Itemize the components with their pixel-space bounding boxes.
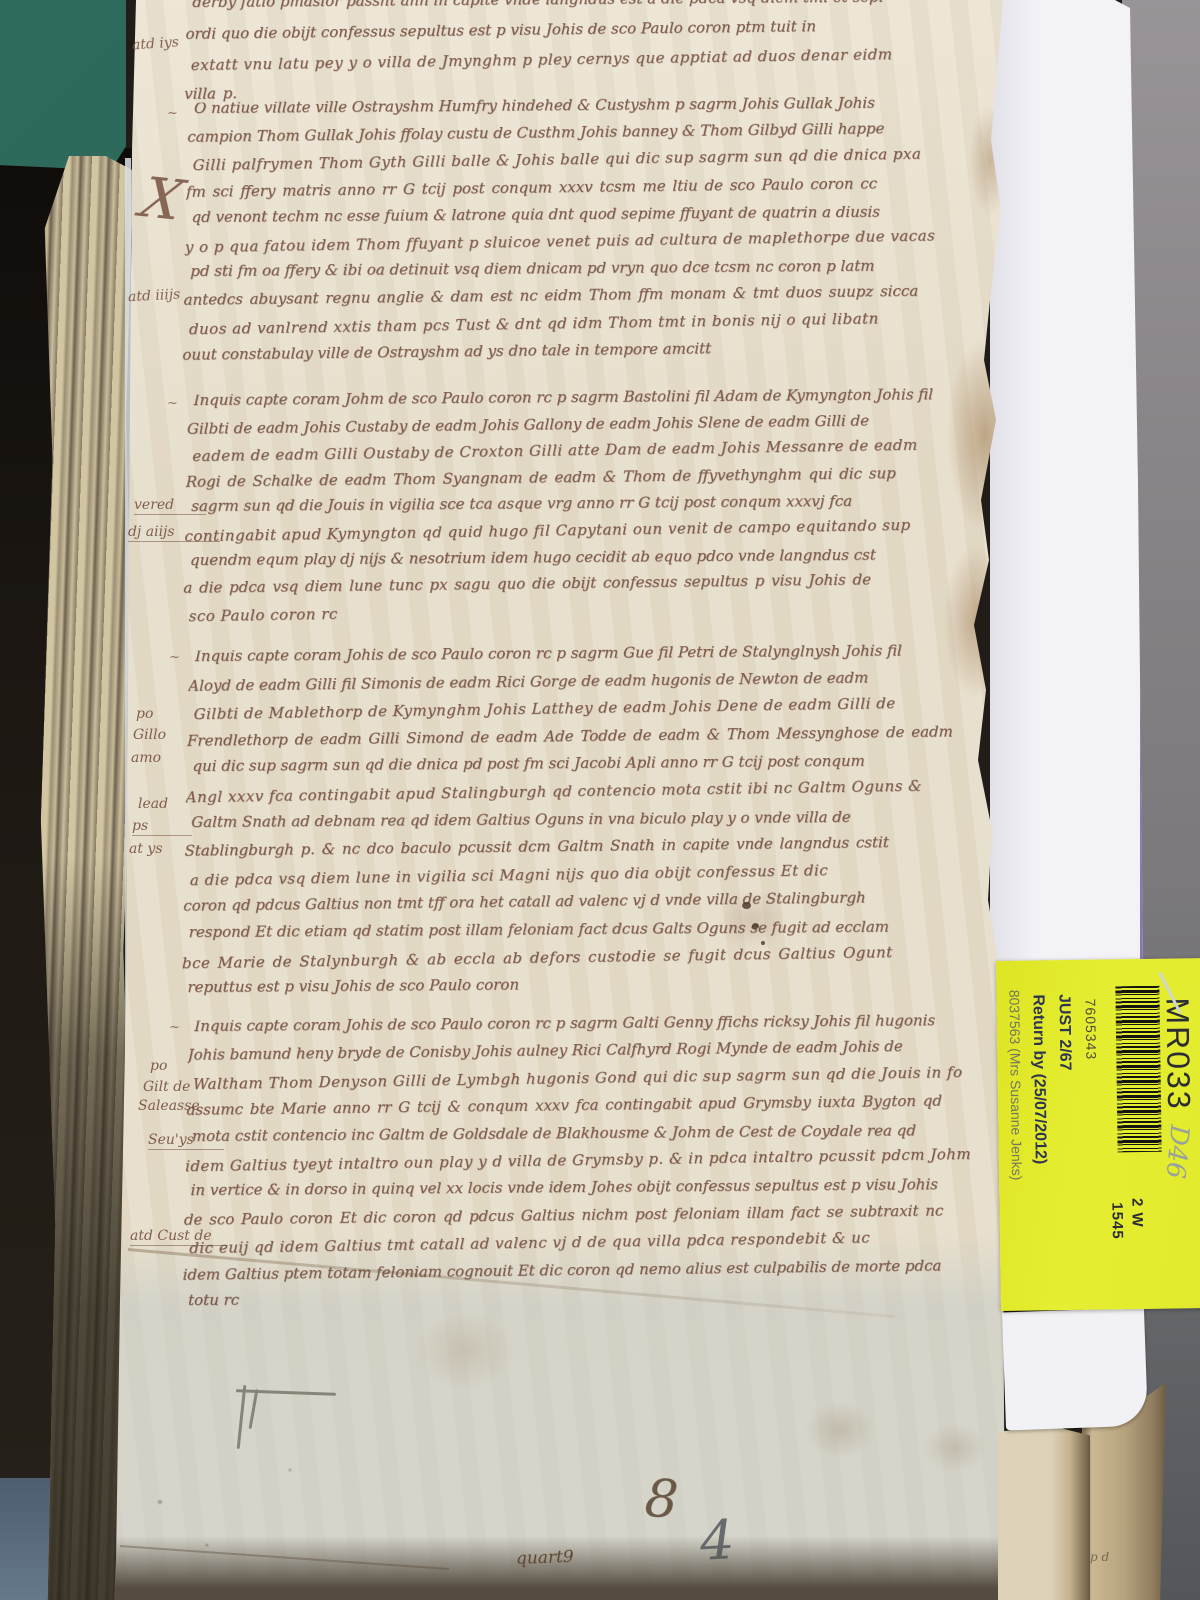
archive-photo: derby fatio pmasior passht ann in capite… [0, 0, 1200, 1600]
paragraph-mark: ~ [167, 106, 178, 121]
margin-note: amo [131, 750, 161, 766]
paragraph-mark: ~ [169, 1020, 180, 1035]
label-pencil-note: D46 [1160, 1124, 1195, 1180]
ink-blot [752, 923, 759, 929]
corner-scribble: p d [1090, 1550, 1109, 1564]
quire-note: quart9 [516, 1547, 574, 1569]
white-backing-paper [990, 0, 1143, 966]
margin-note: Saleasse [138, 1098, 200, 1114]
label-return-by: Return by (25/07/2012) [1028, 994, 1048, 1164]
label-serial: 7605343 [1083, 999, 1100, 1061]
label-requisition: 8037563 (Mrs Susanne Jenks) [1006, 990, 1025, 1181]
margin-note: Seu'ys [148, 1132, 224, 1150]
margin-note: Gilt de [143, 1079, 190, 1095]
margin-note: atd iys [131, 34, 179, 53]
margin-note: po [150, 1058, 167, 1074]
green-backing-board [0, 0, 126, 172]
ink-blot [761, 941, 765, 945]
margin-note: Gillo [133, 727, 166, 743]
pencil-stroke [236, 1389, 336, 1395]
pencil-mark [228, 1385, 338, 1455]
manuscript-entry-2: O natiue villate ville Ostrayshm Humfry … [182, 93, 983, 375]
label-shelf-number: 1545 [1108, 1202, 1126, 1240]
ink-flourish: 8 [643, 1473, 680, 1527]
margin-note: lead [138, 796, 168, 812]
paragraph-mark: ~ [167, 396, 178, 411]
margin-note: ps [132, 818, 192, 836]
paragraph-mark: ~ [169, 650, 180, 665]
membrane-fragment [998, 1425, 1090, 1600]
manuscript-entry-4: Inquis capte coram Johis de sco Paulo co… [181, 641, 984, 1010]
archive-label: MR033 D46 2 W 1545 7605343 JUST 2/67 Ret… [996, 958, 1200, 1311]
pencil-stroke [237, 1385, 247, 1449]
margin-note: vered [134, 497, 206, 515]
margin-note: dj aiijs [128, 524, 220, 542]
membrane-number: 4 [699, 1513, 736, 1569]
white-card [1002, 1308, 1148, 1431]
pencil-stroke [249, 1389, 259, 1429]
ink-blot [742, 902, 751, 909]
margin-note: po [136, 706, 153, 722]
manuscript-entry-3: Inquis capte coram Johm de sco Paulo cor… [182, 385, 982, 634]
margin-note: atd iiijs [128, 287, 181, 306]
margin-note: at ys [129, 841, 163, 857]
label-document-reference: JUST 2/67 [1054, 994, 1073, 1071]
barcode-icon [1115, 986, 1161, 1153]
margin-note: atd Cust de [130, 1228, 228, 1246]
label-reference: MR033 [1159, 997, 1198, 1111]
label-shelf-line: 2 W [1128, 1198, 1145, 1228]
manuscript-entry-5: Inquis capte coram Johis de sco Paulo co… [182, 1011, 984, 1322]
